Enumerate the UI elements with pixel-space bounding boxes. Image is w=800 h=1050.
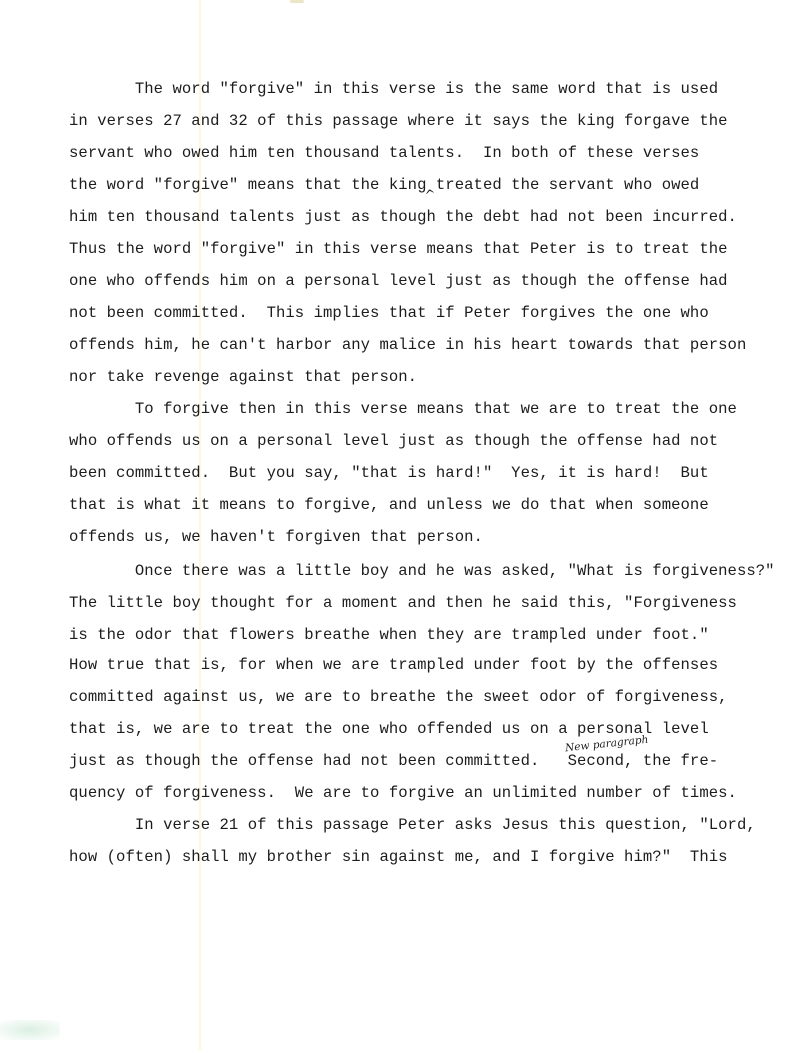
text-line: Once there was a little boy and he was a… (69, 562, 775, 580)
text-line: The little boy thought for a moment and … (69, 594, 737, 612)
text-line: How true that is, for when we are trampl… (69, 656, 718, 674)
paper-mark (290, 0, 304, 3)
text-line: just as though the offense had not been … (69, 752, 718, 770)
text-line: the word "forgive" means that the king t… (69, 176, 699, 194)
text-line: is the odor that flowers breathe when th… (69, 626, 709, 644)
text-line: The word "forgive" in this verse is the … (69, 80, 718, 98)
paper-smudge (0, 1020, 60, 1040)
text-line: in verses 27 and 32 of this passage wher… (69, 112, 728, 130)
text-line: that is what it means to forgive, and un… (69, 496, 709, 514)
text-line: him ten thousand talents just as though … (69, 208, 737, 226)
text-line: not been committed. This implies that if… (69, 304, 709, 322)
text-line: that is, we are to treat the one who off… (69, 720, 709, 738)
text-line: who offends us on a personal level just … (69, 432, 718, 450)
typewritten-page: The word "forgive" in this verse is the … (0, 0, 800, 1050)
text-line: servant who owed him ten thousand talent… (69, 144, 699, 162)
text-line: one who offends him on a personal level … (69, 272, 728, 290)
text-line: offends him, he can't harbor any malice … (69, 336, 746, 354)
text-line: committed against us, we are to breathe … (69, 688, 728, 706)
text-line: nor take revenge against that person. (69, 368, 417, 386)
text-line: quency of forgiveness. We are to forgive… (69, 784, 737, 802)
text-line: offends us, we haven't forgiven that per… (69, 528, 483, 546)
text-line: To forgive then in this verse means that… (69, 400, 737, 418)
handwritten-caret-mark: ^ (424, 187, 437, 204)
text-line: how (often) shall my brother sin against… (69, 848, 728, 866)
text-line: In verse 21 of this passage Peter asks J… (69, 816, 756, 834)
text-line: been committed. But you say, "that is ha… (69, 464, 709, 482)
text-line: Thus the word "forgive" in this verse me… (69, 240, 728, 258)
